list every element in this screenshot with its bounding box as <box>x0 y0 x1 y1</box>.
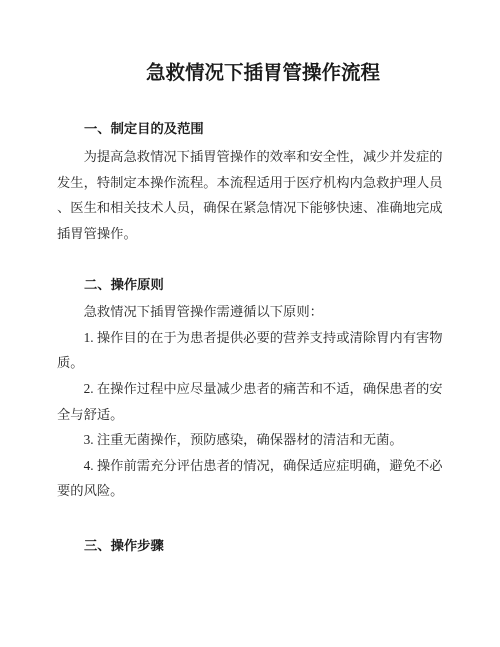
section-heading-purpose-scope: 一、制定目的及范围 <box>84 116 204 142</box>
document-title: 急救情况下插胃管操作流程 <box>146 61 380 85</box>
section-principles-body: 急救情况下插胃管操作需遵循以下原则： 1. 操作目的在于为患者提供必要的营养支持… <box>57 299 447 504</box>
section-heading-steps: 三、操作步骤 <box>84 533 164 559</box>
document-page: 急救情况下插胃管操作流程 一、制定目的及范围 为提高急救情况下插胃管操作的效率和… <box>0 0 500 647</box>
paragraph-line: 为提高急救情况下插胃管操作的效率和安全性，减少并发症的 <box>57 144 447 170</box>
principle-item-3: 3. 注重无菌操作，预防感染，确保器材的清洁和无菌。 <box>57 427 447 453</box>
paragraph-line: 、医生和相关技术人员，确保在紧急情况下能够快速、准确地完成 <box>57 195 447 221</box>
section-purpose-scope-body: 为提高急救情况下插胃管操作的效率和安全性，减少并发症的 发生，特制定本操作流程。… <box>57 144 447 246</box>
paragraph-line: 发生，特制定本操作流程。本流程适用于医疗机构内急救护理人员 <box>57 170 447 196</box>
principle-item-1-cont: 质。 <box>57 350 447 376</box>
principles-intro: 急救情况下插胃管操作需遵循以下原则： <box>57 299 447 325</box>
principle-item-1: 1. 操作目的在于为患者提供必要的营养支持或清除胃内有害物 <box>57 325 447 351</box>
paragraph-line: 插胃管操作。 <box>57 221 447 247</box>
principle-item-2: 2. 在操作过程中应尽量减少患者的痛苦和不适，确保患者的安 <box>57 376 447 402</box>
principle-item-4-cont: 要的风险。 <box>57 478 447 504</box>
section-heading-principles: 二、操作原则 <box>84 272 164 298</box>
principle-item-4: 4. 操作前需充分评估患者的情况，确保适应症明确，避免不必 <box>57 453 447 479</box>
principle-item-2-cont: 全与舒适。 <box>57 402 447 428</box>
